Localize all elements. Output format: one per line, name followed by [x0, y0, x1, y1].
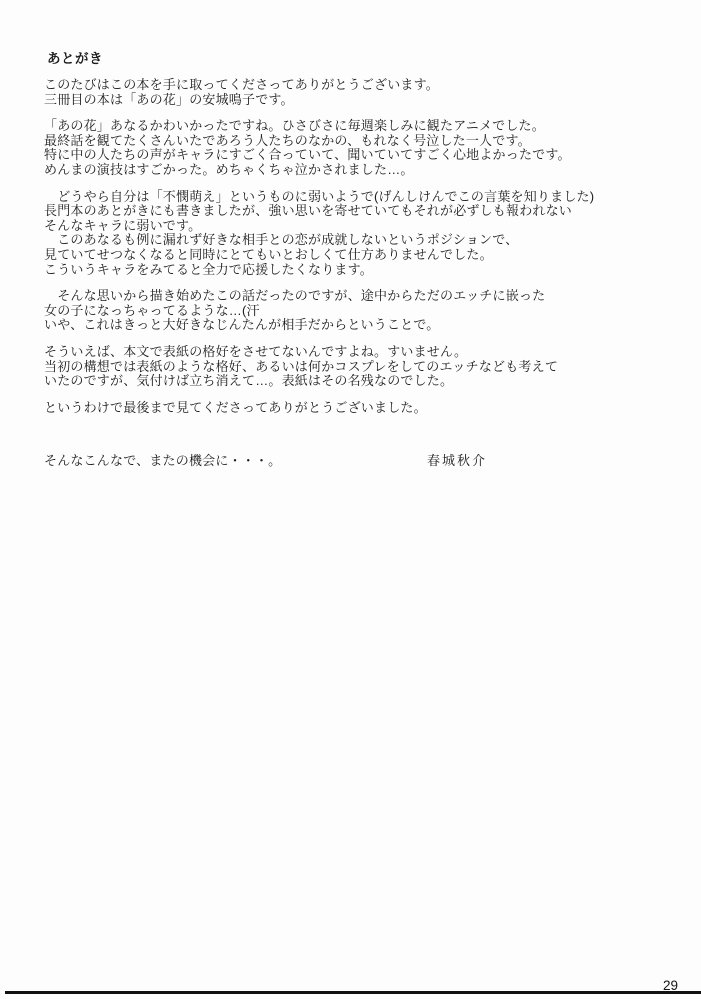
paragraph: そういえば、本文で表紙の格好をさせてないんですよね。すいません。当初の構想では表… [44, 345, 687, 389]
text-line: めんまの演技はすごかった。めちゃくちゃ泣かされました…。 [44, 163, 687, 178]
text-line: 三冊目の本は「あの花」の安城鳴子です。 [44, 93, 687, 108]
text-line: いや、これはきっと大好きなじんたんが相手だからということで。 [44, 318, 687, 333]
text-line: というわけで最後まで見てくださってありがとうございました。 [44, 401, 687, 416]
afterword-page: あとがき このたびはこの本を手に取ってくださってありがとうございます。三冊目の本… [0, 0, 701, 999]
afterword-body: このたびはこの本を手に取ってくださってありがとうございます。三冊目の本は「あの花… [44, 78, 687, 415]
page-title: あとがき [47, 51, 103, 66]
paragraph: 「あの花」あなるかわいかったですね。ひさびさに毎週楽しみに観たアニメでした。最終… [44, 119, 687, 177]
text-line: 見ていてせつなくなると同時にとてもいとおしくて仕方ありませんでした。 [44, 248, 687, 263]
text-line: このたびはこの本を手に取ってくださってありがとうございます。 [44, 78, 687, 93]
bottom-rule [5, 991, 701, 994]
author-name: 春城秋介 [427, 453, 487, 468]
text-line: こういうキャラをみてると全力で応援したくなります。 [44, 263, 687, 278]
text-line: 「あの花」あなるかわいかったですね。ひさびさに毎週楽しみに観たアニメでした。 [44, 119, 687, 134]
text-line: そんな思いから描き始めたこの話だったのですが、途中からただのエッチに嵌った [44, 289, 687, 304]
text-line: このあなるも例に漏れず好きな相手との恋が成就しないというポジションで、 [44, 233, 687, 248]
text-line: いたのですが、気付けば立ち消えて…。表紙はその名残なのでした。 [44, 374, 687, 389]
text-line: 特に中の人たちの声がキャラにすごく合っていて、聞いていてすごく心地よかったです。 [44, 148, 687, 163]
page-number: 29 [663, 978, 678, 993]
paragraph: というわけで最後まで見てくださってありがとうございました。 [44, 401, 687, 416]
paragraph: そんな思いから描き始めたこの話だったのですが、途中からただのエッチに嵌った女の子… [44, 289, 687, 333]
text-line: どうやら自分は「不憫萌え」というものに弱いようで(げんしけんでこの言葉を知りまし… [44, 190, 687, 205]
text-line: そういえば、本文で表紙の格好をさせてないんですよね。すいません。 [44, 345, 687, 360]
paragraph: このたびはこの本を手に取ってくださってありがとうございます。三冊目の本は「あの花… [44, 78, 687, 107]
text-line: 長門本のあとがきにも書きましたが、強い思いを寄せていてもそれが必ずしも報われない [44, 204, 687, 219]
text-line: 最終話を観てたくさんいたであろう人たちのなかの、もれなく号泣した一人です。 [44, 134, 687, 149]
paragraph: どうやら自分は「不憫萌え」というものに弱いようで(げんしけんでこの言葉を知りまし… [44, 190, 687, 278]
text-line: そんなキャラに弱いです。 [44, 219, 687, 234]
text-line: 当初の構想では表紙のような格好、あるいは何かコスプレをしてのエッチなども考えて [44, 360, 687, 375]
text-line: 女の子になっちゃってるような…(汗 [44, 304, 687, 319]
closing-remark: そんなこんなで、またの機会に・・・。 [44, 453, 281, 468]
